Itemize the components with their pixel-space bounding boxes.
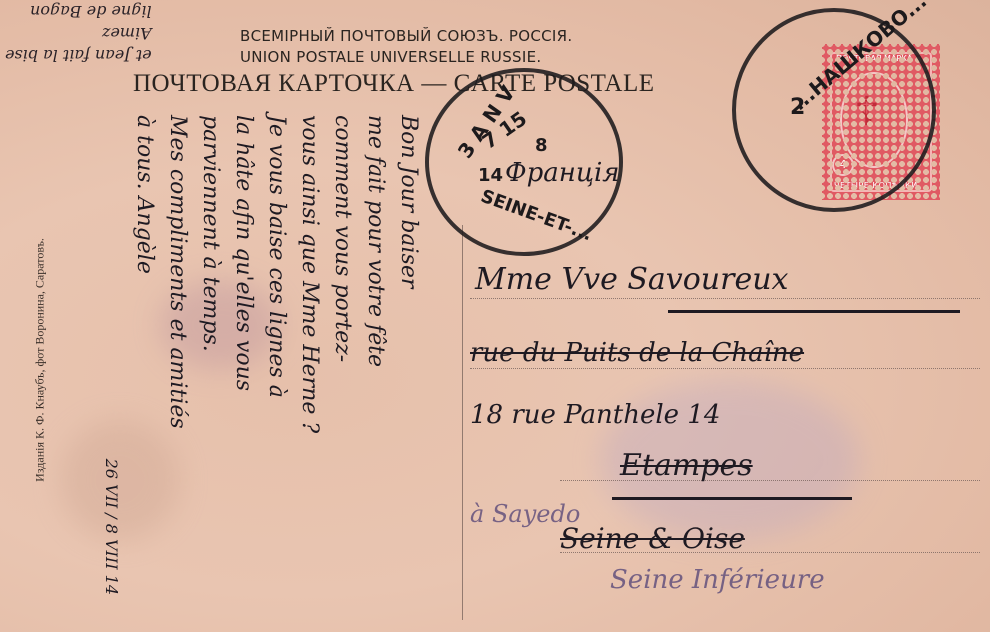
underline [668, 310, 960, 313]
center-divider [462, 225, 463, 620]
address-department-struck: Seine & Oise [560, 522, 745, 555]
address-line [470, 368, 980, 369]
upside-down-handwriting: et Jean fait la bise Aimez ligne de Bago… [5, 0, 152, 66]
underline [612, 497, 852, 500]
message-area: Bon Jour baiser me fait pour votre fête … [60, 110, 460, 620]
publisher-imprint: Изданiя К. Ф. Кнаубъ, фот Воронина, Сара… [33, 238, 48, 482]
address-city-struck: Etampes [620, 448, 753, 483]
address-line [470, 298, 980, 299]
header-french: UNION POSTALE UNIVERSELLE RUSSIE. [240, 48, 541, 66]
address-new-department: Seine Inférieure [610, 565, 825, 595]
header-russian: ВСЕМIРНЫЙ ПОЧТОВЫЙ СОЮЗЪ. РОССIЯ. [240, 27, 572, 45]
message-date: 26 VII / 8 VIII 14 [95, 115, 128, 615]
address-name: Mme Vve Savoureux [475, 262, 788, 297]
address-street: 18 rue Panthele 14 [470, 400, 720, 430]
address-street-struck: rue du Puits de la Chaîne [470, 338, 804, 368]
handwritten-message: Bon Jour baiser me fait pour votre fête … [95, 115, 425, 615]
russian-postmark [732, 8, 936, 212]
postcard: et Jean fait la bise Aimez ligne de Bago… [0, 0, 990, 632]
